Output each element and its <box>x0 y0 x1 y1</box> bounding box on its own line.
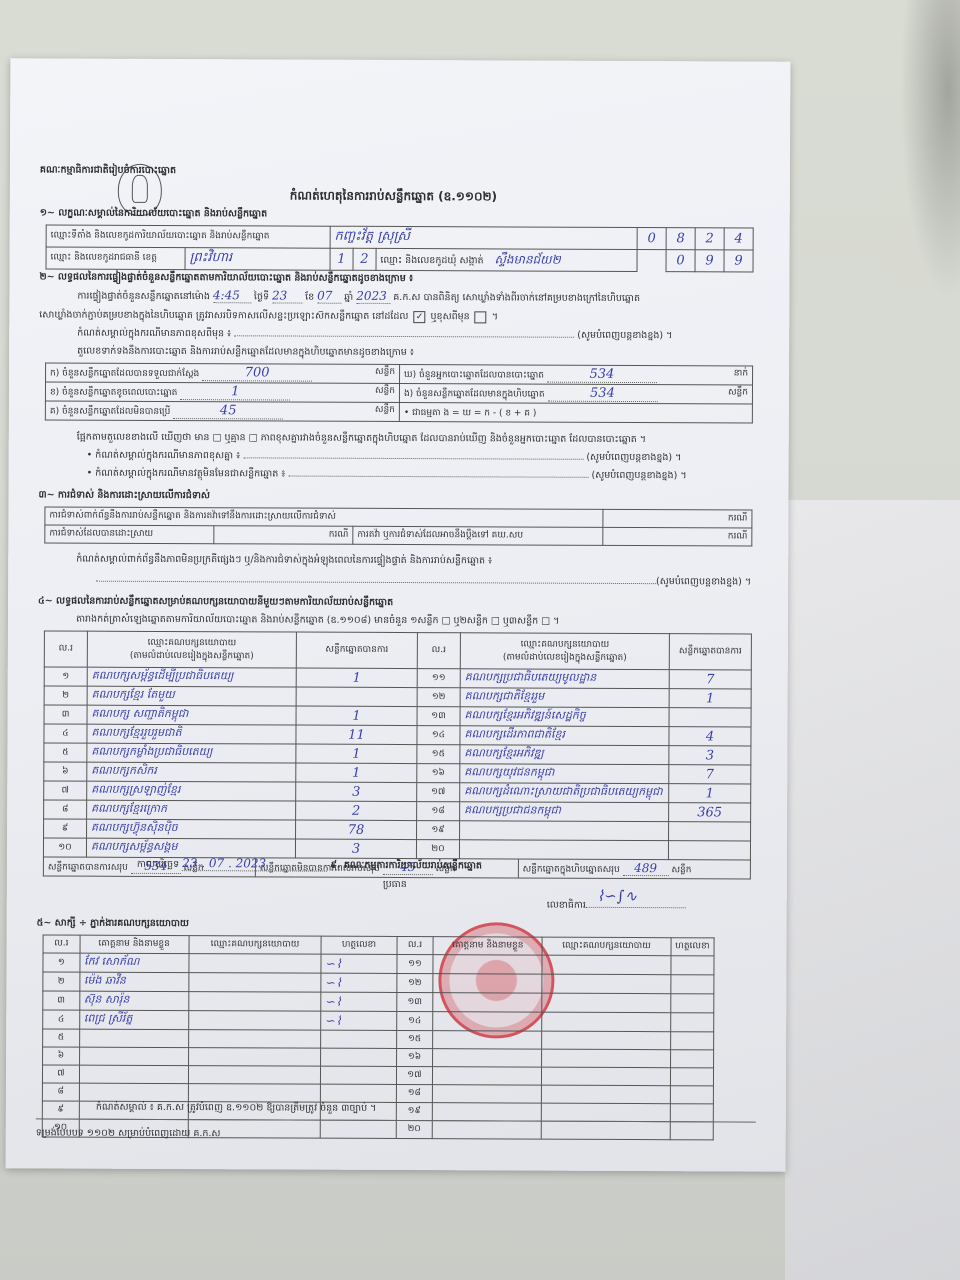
note-non-ballot-label: • កំណត់សម្គាល់ក្នុងករណីមានវត្ថុមិនមែនជាស… <box>87 468 286 480</box>
commune-label: ឈ្មោះ និងលេខកូដឃុំ សង្កាត់ <box>380 254 483 265</box>
objection-label: ការជំទាស់ពាក់ព័ន្ធនឹងការរាប់សន្លឹកឆ្នោត … <box>45 507 603 527</box>
count-intro: តួលេខទាក់ទងនឹងការបោះឆ្នោត និងការរាប់សន្ល… <box>77 345 414 359</box>
empty-signature <box>321 1048 396 1066</box>
location-label: ឈ្មោះទីតាំង និងលេខកូដការិយាល័យបោះឆ្នោត ន… <box>46 225 330 248</box>
col-party: ឈ្មោះគណបក្សនយោបាយ <box>542 937 671 956</box>
background-paper <box>785 500 960 1280</box>
commune-code-digit: 9 <box>724 250 753 272</box>
year-label: ឆ្នាំ <box>344 292 353 303</box>
fill-back-note: (សូមបំពេញបន្តខាងខ្នង) ។ <box>656 576 751 587</box>
date-label: កាលបរិច្ឆេទ <box>137 859 179 870</box>
section2-heading: ២~ លទ្ធផលនៃការផ្ទៀងផ្ទាត់ចំនួនសន្លឹកឆ្នោ… <box>39 270 413 285</box>
location-code-digit: 0 <box>637 228 666 250</box>
verify-day: 23 <box>272 289 302 303</box>
verify-suffix: គ.ក.ស បានពិនិត្យ សោឃ្លាំងទាំងពីរចាក់នៅគម… <box>393 292 640 304</box>
col-votes: សន្លឹកឆ្នោតបានការ <box>296 632 417 669</box>
col-name: គោត្តនាម និងនាមខ្លួន <box>433 937 542 955</box>
objection-table: ការជំទាស់ពាក់ព័ន្ធនឹងការរាប់សន្លឹកឆ្នោត … <box>44 506 752 546</box>
chair-label: ប្រធាន <box>383 878 407 891</box>
date-line: កាលបរិច្ឆេទ 23 . 07 . 2023 ៩. គណៈកម្មការ… <box>137 857 482 873</box>
footer-form-ref: ទម្រង់បែបបទ ១១០២ សម្រាប់បំពេញដោយ គ.ក.ស <box>36 1126 221 1140</box>
signature: ∽⌇ <box>321 954 396 973</box>
signature: ∽⌇ <box>321 992 396 1011</box>
month-label: ខែ <box>305 292 314 303</box>
seal-text: សោឃ្លាំងចាក់ភ្ជាប់គម្របខាងក្នុងនៃហិបឆ្នោ… <box>39 309 408 322</box>
col-party: ឈ្មោះគណបក្សនយោបាយ(តាមលំដាប់លេខរៀងក្នុងសន… <box>460 633 669 670</box>
signature: ∽⌇ <box>321 973 396 992</box>
section3-fill-back: (សូមបំពេញបន្តខាងខ្នង) ។ <box>38 572 751 588</box>
secretary-signature: ⌇∽∫∿ <box>597 887 637 905</box>
province-value: ព្រះវិហារ <box>185 248 330 271</box>
verify-time: 4:45 <box>213 289 251 303</box>
location-code-digit: 8 <box>666 228 695 250</box>
col-signature: ហត្ថលេខា <box>321 936 396 954</box>
footer-note: កំណត់សម្គាល់ ៖ គ.ក.ស ត្រូវបំពេញ ឧ.១១០២ ឱ… <box>96 1101 377 1115</box>
note-diff: • កំណត់សម្គាល់ក្នុងករណីមានភាពខុសគ្នា ៖ (… <box>87 449 682 465</box>
count-row: គ) ចំនួនសន្លឹកឆ្នោតដែលមិនបានប្រើ 45 សន្ល… <box>45 401 752 423</box>
appeal-unit: ករណី <box>603 527 752 546</box>
fill-back-note: (សូមបំពេញបន្តខាងខ្នង) ។ <box>586 452 681 463</box>
commune-code-digit: 9 <box>695 250 724 272</box>
commune-value: ស្ទឹងមានជ័យ២ <box>494 252 560 266</box>
col-no: ល.រ <box>397 936 434 954</box>
diff-note-label: កំណត់សម្គាល់ក្នុងករណីមានភាពខុសពីមុន ៖ <box>77 328 231 340</box>
background-wall <box>900 0 960 300</box>
date-value: 23 . 07 . 2023 <box>182 857 327 872</box>
resolved-unit: ករណី <box>214 526 353 545</box>
resolved-label: ការជំទាស់ដែលបានដោះស្រាយ <box>45 525 214 544</box>
compare-line: ផ្អែកតាមតួលេខខាងលើ ឃើញថា មាន □ ឬគ្មាន □ … <box>77 431 646 446</box>
empty-signature <box>321 1066 396 1084</box>
appeal-label: ការតវ៉ា ឬការជំទាស់ដែលអាចនឹងប្តឹងទៅ គឃ.សប <box>353 526 603 545</box>
election-form-sheet: គណៈកម្មាធិការជាតិរៀបចំការបោះឆ្នោត កំណត់ហ… <box>6 58 791 1171</box>
col-party: ឈ្មោះគណបក្សនយោបាយ <box>189 936 322 955</box>
verify-month: 07 <box>317 290 341 304</box>
objection-unit: ករណី <box>603 509 752 528</box>
col-no: ល.រ <box>43 935 80 953</box>
committee-label: ៩. គណៈកម្មការការិយាល័យរាប់សន្លឹកឆ្នោត <box>330 860 482 872</box>
empty-signature <box>321 1030 396 1048</box>
tally-line: តារាងកត់ត្រាសំឡេងឆ្នោតតាមការិយាល័យបោះឆ្ន… <box>76 613 560 628</box>
section3-heading: ៣~ ការជំទាស់ និងការដោះស្រាយលើការជំទាស់ <box>38 488 209 502</box>
commune-cell: ឈ្មោះ និងលេខកូដឃុំ សង្កាត់ ស្ទឹងមានជ័យ២ <box>376 248 637 271</box>
fill-back-note: (សូមបំពេញបន្តខាងខ្នង) ។ <box>591 470 686 481</box>
count-table: ក) ចំនួនសន្លឹកឆ្នោតដែលបានទទួលជាក់ស្តែង 7… <box>45 362 753 423</box>
province-label: ឈ្មោះ និងលេខកូដរាជធានី ខេត្ត <box>46 247 185 270</box>
diff-note-line: កំណត់សម្គាល់ក្នុងករណីមានភាពខុសពីមុន ៖ (ស… <box>77 327 752 343</box>
empty-signature <box>321 1120 396 1138</box>
fill-back-note: (សូមបំពេញបន្តខាងខ្នង) ។ <box>577 330 672 341</box>
verify-prefix: ការផ្ទៀងផ្ទាត់ចំនួនសន្លឹកឆ្នោតនៅម៉ោង <box>77 291 210 303</box>
party-results-table: ល.រ ឈ្មោះគណបក្សនយោបាយ(តាមលំដាប់លេខរៀងក្ន… <box>43 630 752 879</box>
total-box: សន្លឹកឆ្នោតក្នុងហិបឆ្នោតសរុប 489 សន្លឹក <box>519 860 750 879</box>
location-value: កញ្ចះវ័ត្ត ស្រុស្រី <box>330 226 637 249</box>
province-code-digit: 1 <box>330 248 353 270</box>
seal-line: សោឃ្លាំងចាក់ភ្ជាប់គម្របខាងក្នុងនៃហិបឆ្នោ… <box>39 308 498 323</box>
col-signature: ហត្ថលេខា <box>671 938 714 956</box>
col-votes: សន្លឹកឆ្នោតបានការ <box>669 634 751 670</box>
col-no: ល.រ <box>44 631 87 667</box>
location-code-digit: 2 <box>695 228 724 250</box>
verify-year: 2023 <box>356 290 390 304</box>
col-name: គោត្តនាម និងនាមខ្លួន <box>80 935 189 953</box>
col-no: ល.រ <box>417 633 460 669</box>
damaged-checkbox[interactable] <box>475 311 487 323</box>
section1-heading: ១~ លក្ខណៈសម្គាល់នៃការិយាល័យបោះឆ្នោត និងរ… <box>40 206 267 220</box>
commune-code-digit: 0 <box>666 250 695 272</box>
verify-line: ការផ្ទៀងផ្ទាត់ចំនួនសន្លឹកឆ្នោតនៅម៉ោង 4:4… <box>77 289 640 305</box>
empty-signature <box>321 1084 396 1102</box>
section4-heading: ៤~ លទ្ធផលនៃការរាប់សន្លឹកឆ្នោតសម្រាប់គណបក… <box>38 594 393 609</box>
signature: ∽⌇ <box>321 1011 396 1030</box>
col-party: ឈ្មោះគណបក្សនយោបាយ(តាមលំដាប់លេខរៀងក្នុងសន… <box>87 631 296 668</box>
location-table: ឈ្មោះទីតាំង និងលេខកូដការិយាល័យបោះឆ្នោត ន… <box>46 224 754 272</box>
location-code-digit: 4 <box>724 228 753 250</box>
form-title: កំណត់ហេតុនៃការរាប់សន្លឹកឆ្នោត (ឧ.១១០២) <box>290 188 497 207</box>
note-diff-label: • កំណត់សម្គាល់ក្នុងករណីមានភាពខុសគ្នា ៖ <box>87 450 241 462</box>
damaged-label: ឬខុសពីមុន <box>430 311 469 322</box>
section5-heading: ៥~ សាក្សី ÷ ភ្នាក់ងារគណបក្សនយោបាយ <box>37 916 189 930</box>
intact-checkbox[interactable]: ✓ <box>413 311 425 323</box>
note-non-ballot: • កំណត់សម្គាល់ក្នុងករណីមានវត្ថុមិនមែនជាស… <box>87 467 687 483</box>
day-label: ថ្ងៃទី <box>254 291 269 302</box>
province-code-digit: 2 <box>353 248 376 270</box>
org-name: គណៈកម្មាធិការជាតិរៀបចំការបោះឆ្នោត <box>40 163 176 177</box>
section3-note: កំណត់សម្គាល់ពាក់ព័ន្ធនឹងភាពមិនប្រក្រតីផ្… <box>76 553 492 568</box>
